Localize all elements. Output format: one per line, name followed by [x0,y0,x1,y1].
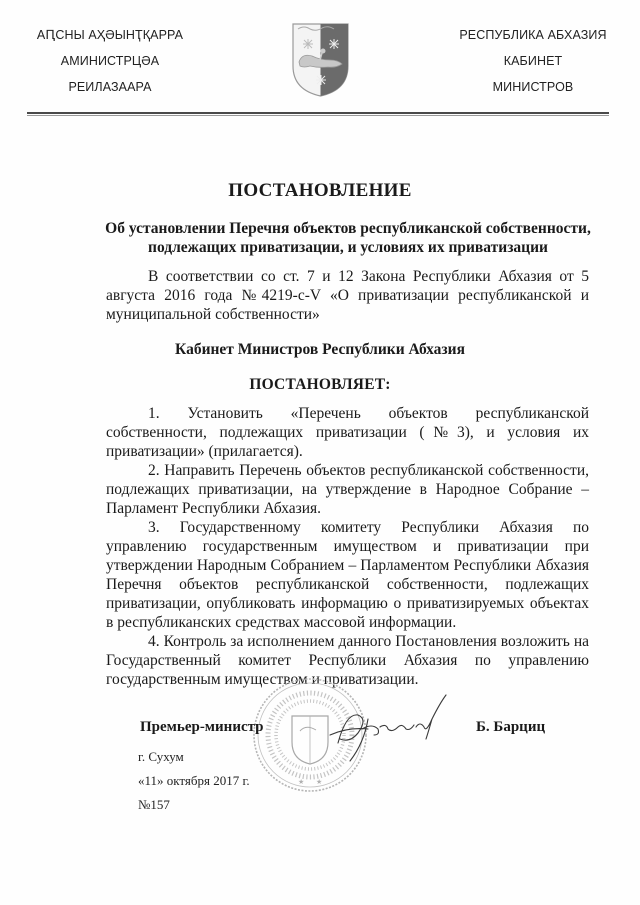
coat-of-arms-icon [290,20,351,98]
subject-line: подлежащих приватизации, и условиях их п… [100,238,596,257]
header-left-line: АМИНИСТРЦӘА [30,52,190,78]
header-divider [27,112,609,114]
svg-text:★: ★ [298,778,304,786]
header-left-line: РЕИЛАЗААРА [30,78,190,104]
decree-item: 3. Государственному комитету Республики … [106,518,589,632]
issue-date: «11» октября 2017 г. [138,773,250,789]
decrees-label: ПОСТАНОВЛЯЕТ: [0,376,640,394]
document-title: ПОСТАНОВЛЕНИЕ [0,180,640,202]
header-right-line: МИНИСТРОВ [448,78,618,104]
decree-item: 1. Установить «Перечень объектов республ… [106,404,589,461]
issuer: Кабинет Министров Республики Абхазия [0,341,640,359]
decree-items: 1. Установить «Перечень объектов республ… [106,404,589,689]
handwritten-signature-icon [328,693,468,765]
signatory-name: Б. Барциц [476,719,545,736]
svg-text:★: ★ [316,778,322,786]
issue-city: г. Сухум [138,749,184,765]
subject-line: Об установлении Перечня объектов республ… [100,219,596,238]
header-right-line: КАБИНЕТ [448,52,618,78]
preamble: В соответствии со ст. 7 и 12 Закона Респ… [106,267,589,324]
header-left-abkhaz: АԤСНЫ АҲӘЫНҬҚАРРА АМИНИСТРЦӘА РЕИЛАЗААРА [30,26,190,104]
header-right-russian: РЕСПУБЛИКА АБХАЗИЯ КАБИНЕТ МИНИСТРОВ [448,26,618,104]
document-subject: Об установлении Перечня объектов республ… [100,219,596,257]
signatory-role: Премьер-министр [140,719,264,736]
header-left-line: АԤСНЫ АҲӘЫНҬҚАРРА [30,26,190,52]
document-number: №157 [138,797,170,813]
header-divider-thin [27,115,609,116]
document-page: АԤСНЫ АҲӘЫНҬҚАРРА АМИНИСТРЦӘА РЕИЛАЗААРА… [0,0,640,905]
decree-item: 2. Направить Перечень объектов республик… [106,461,589,518]
header-right-line: РЕСПУБЛИКА АБХАЗИЯ [448,26,618,52]
